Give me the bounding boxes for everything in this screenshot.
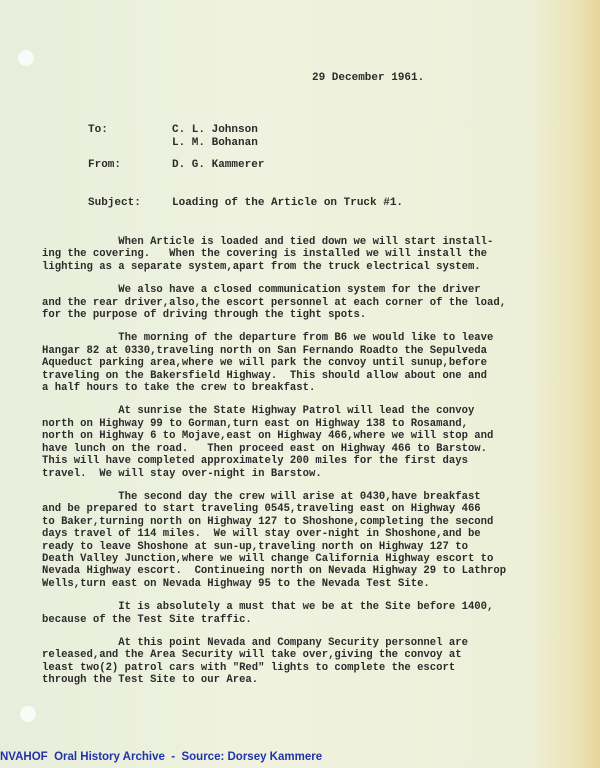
subject-label: Subject: — [88, 197, 141, 209]
from-value: D. G. Kammerer — [172, 159, 264, 172]
to-recipient-2: L. M. Bohanan — [172, 137, 258, 150]
paragraph-second-day: The second day the crew will arise at 04… — [42, 491, 552, 590]
paragraph-security: At this point Nevada and Company Securit… — [42, 637, 552, 687]
memo-date: 29 December 1961. — [312, 72, 424, 84]
to-label: To: — [88, 124, 108, 136]
archive-caption: NVAHOF Oral History Archive - Source: Do… — [0, 751, 322, 763]
to-recipient-1: C. L. Johnson — [172, 124, 258, 137]
punch-hole-bottom — [20, 706, 36, 722]
subject-value: Loading of the Article on Truck #1. — [172, 197, 403, 210]
memo-page: 29 December 1961. To: C. L. Johnson L. M… — [0, 0, 600, 768]
punch-hole-top — [18, 50, 34, 66]
memo-body: When Article is loaded and tied down we … — [42, 236, 552, 698]
paragraph-first-day: At sunrise the State Highway Patrol will… — [42, 405, 552, 479]
paragraph-deadline: It is absolutely a must that we be at th… — [42, 601, 552, 626]
paragraph-covering: When Article is loaded and tied down we … — [42, 236, 552, 273]
from-label: From: — [88, 159, 121, 171]
paragraph-communication: We also have a closed communication syst… — [42, 284, 552, 321]
paragraph-departure: The morning of the departure from B6 we … — [42, 332, 552, 394]
